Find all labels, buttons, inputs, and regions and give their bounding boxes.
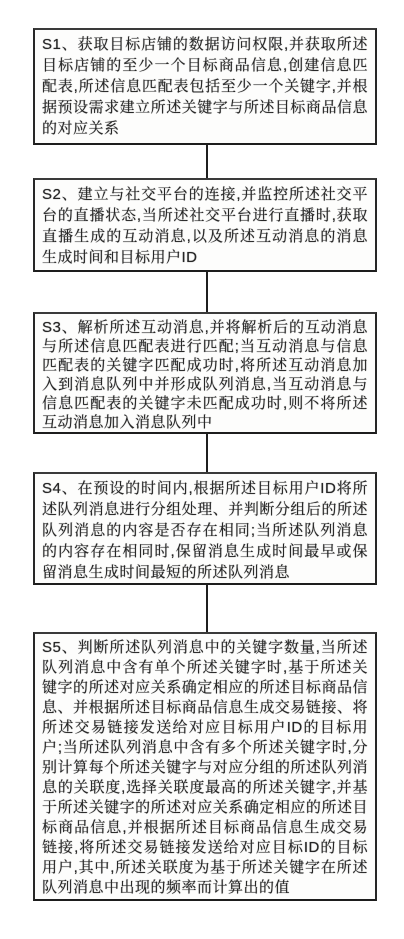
connector-line-s2-s3 xyxy=(206,272,208,312)
connector-line-s3-s4 xyxy=(206,434,208,472)
flow-step-s3-text: S3、解析所述互动消息,并将解析后的互动消息与所述信息匹配表进行匹配;当互动消息… xyxy=(42,319,368,431)
connector-line-s4-s5 xyxy=(206,585,208,632)
flow-step-s5: S5、判断所述队列消息中的关键字数量,当所述队列消息中含有单个所述关键字时,基于… xyxy=(33,632,377,901)
flowchart-page: S1、获取目标店铺的数据访问权限,并获取所述目标店铺的至少一个目标商品信息,创建… xyxy=(0,0,404,939)
flow-step-s3: S3、解析所述互动消息,并将解析后的互动消息与所述信息匹配表进行匹配;当互动消息… xyxy=(33,312,377,434)
flow-step-s2-text: S2、建立与社交平台的连接,并监控所述社交平台的直播状态,当所述社交平台进行直播… xyxy=(42,186,368,266)
flow-step-s5-text: S5、判断所述队列消息中的关键字数量,当所述队列消息中含有单个所述关键字时,基于… xyxy=(42,639,368,896)
flow-step-s4-text: S4、在预设的时间内,根据所述目标用户ID将所述队列消息进行分组处理、并判断分组… xyxy=(42,480,368,581)
flow-step-s1-text: S1、获取目标店铺的数据访问权限,并获取所述目标店铺的至少一个目标商品信息,创建… xyxy=(42,36,368,137)
flow-step-s4: S4、在预设的时间内,根据所述目标用户ID将所述队列消息进行分组处理、并判断分组… xyxy=(33,472,377,585)
flow-step-s1: S1、获取目标店铺的数据访问权限,并获取所述目标店铺的至少一个目标商品信息,创建… xyxy=(33,28,377,145)
flow-step-s2: S2、建立与社交平台的连接,并监控所述社交平台的直播状态,当所述社交平台进行直播… xyxy=(33,178,377,272)
connector-line-s1-s2 xyxy=(206,145,208,178)
